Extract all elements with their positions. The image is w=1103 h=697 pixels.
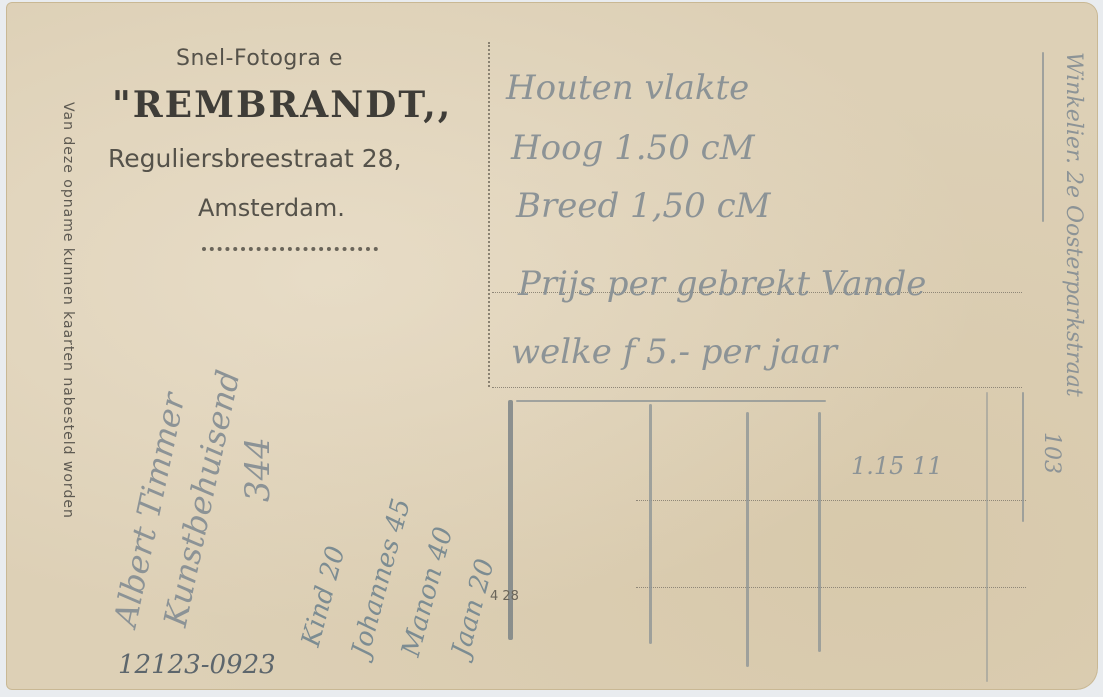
studio-name: "REMBRANDT,,: [112, 84, 452, 126]
plate-number: 4 28: [490, 589, 519, 604]
reorder-notice: Van deze opname kunnen kaarten nabesteld…: [60, 102, 76, 519]
sketch-leg-2: [649, 404, 652, 644]
studio-address: Reguliersbreestraat 28,: [108, 144, 402, 173]
address-line-3: [636, 500, 1026, 501]
archive-id: 12123-0923: [118, 650, 276, 680]
studio-city: Amsterdam.: [198, 194, 345, 222]
note-vertical-address: Winkelier. 2e Oosterparkstraat: [1061, 52, 1086, 397]
family-entry-4: Jaan 20: [446, 556, 501, 660]
postcard-back: Snel-Fotogra e "REMBRANDT,, Reguliersbre…: [6, 2, 1098, 690]
family-entry-1: Kind 20: [296, 543, 352, 650]
sketch-leg-4: [818, 412, 821, 652]
underline-stroke: [1042, 52, 1044, 222]
note-house-number: 103: [1039, 432, 1064, 474]
note-vertical-number: 344: [238, 437, 278, 502]
decorative-dotted-rule: [202, 247, 378, 251]
sketch-top: [516, 400, 826, 402]
note-line-1: Houten vlakte: [506, 68, 749, 108]
sketch-leg-1: [508, 400, 513, 640]
address-divider: [488, 42, 490, 387]
note-line-5: welke f 5.- per jaar: [511, 332, 837, 372]
sketch-note: 1.15 11: [851, 452, 943, 480]
address-line-4: [636, 587, 1026, 588]
sketch-leg-3: [746, 412, 749, 667]
note-line-2: Hoog 1.50 cM: [511, 128, 755, 168]
address-line-2: [492, 387, 1022, 388]
studio-subtitle: Snel-Fotogra e: [176, 46, 343, 71]
note-line-3: Breed 1,50 cM: [516, 186, 770, 226]
underline-stroke-2: [1022, 392, 1024, 522]
sketch-edge: [986, 392, 988, 682]
note-line-4: Prijs per gebrekt Vande: [518, 264, 926, 304]
